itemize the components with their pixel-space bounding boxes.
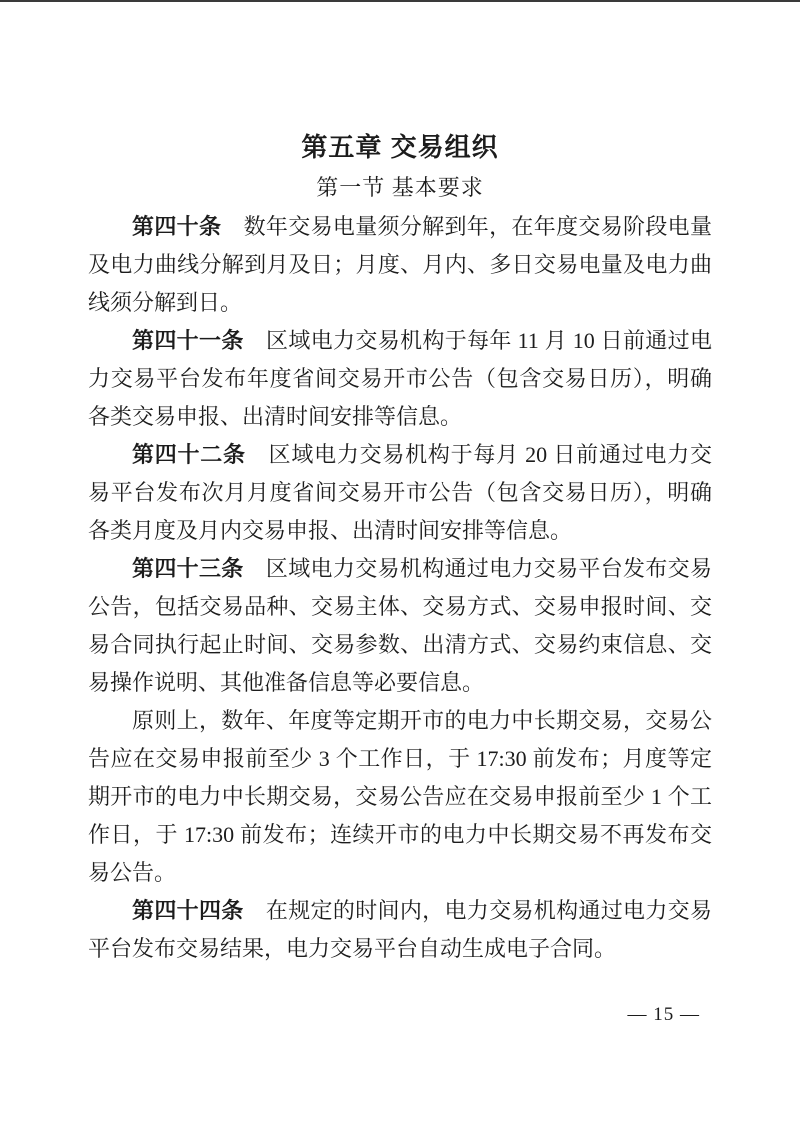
article-paragraph-principle: 原则上，数年、年度等定期开市的电力中长期交易，交易公告应在交易申报前至少 3 个… [88,702,712,892]
article-paragraph-43: 第四十三条 区域电力交易机构通过电力交易平台发布交易公告，包括交易品种、交易主体… [88,550,712,702]
article-number: 第四十三条 [132,556,266,581]
article-number: 第四十二条 [132,442,269,467]
article-number: 第四十条 [132,214,244,239]
article-paragraph-40: 第四十条 数年交易电量须分解到年，在年度交易阶段电量及电力曲线分解到月及日；月度… [88,208,712,322]
article-number: 第四十一条 [132,328,266,353]
article-text: 原则上，数年、年度等定期开市的电力中长期交易，交易公告应在交易申报前至少 3 个… [88,708,712,885]
document-content: 第五章 交易组织 第一节 基本要求 第四十条 数年交易电量须分解到年，在年度交易… [88,0,712,968]
section-title: 第一节 基本要求 [88,173,712,203]
article-paragraph-42: 第四十二条 区域电力交易机构于每月 20 日前通过电力交易平台发布次月月度省间交… [88,436,712,550]
article-paragraph-44: 第四十四条 在规定的时间内，电力交易机构通过电力交易平台发布交易结果，电力交易平… [88,892,712,968]
article-number: 第四十四条 [132,898,266,923]
chapter-title: 第五章 交易组织 [88,131,712,163]
document-page: 第五章 交易组织 第一节 基本要求 第四十条 数年交易电量须分解到年，在年度交易… [0,0,800,1131]
article-body: 第四十条 数年交易电量须分解到年，在年度交易阶段电量及电力曲线分解到月及日；月度… [88,208,712,968]
page-number: — 15 — [628,1003,701,1027]
article-paragraph-41: 第四十一条 区域电力交易机构于每年 11 月 10 日前通过电力交易平台发布年度… [88,322,712,436]
